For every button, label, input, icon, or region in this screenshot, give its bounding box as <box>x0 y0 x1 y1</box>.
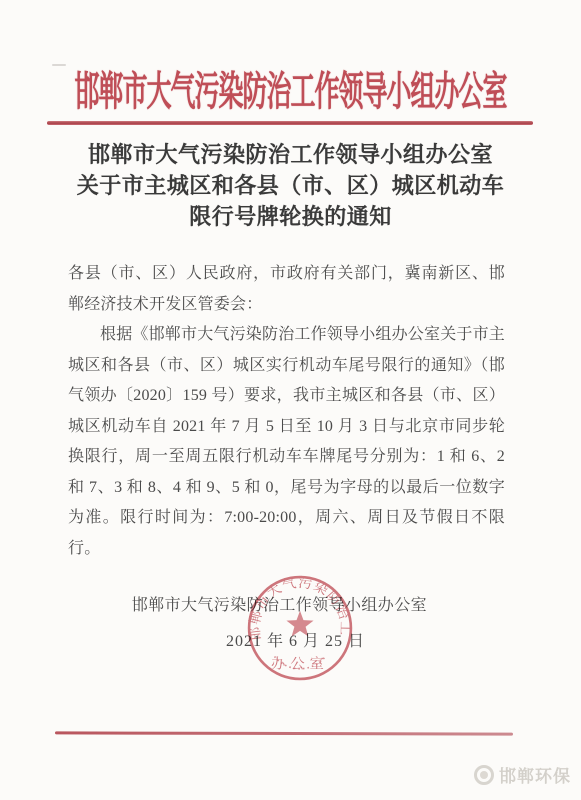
document-title-line2: 关于市主城区和各县（市、区）城区机动车 <box>40 170 541 201</box>
letterhead: 邯郸市大气污染防治工作领导小组办公室 <box>0 60 581 118</box>
seal-center-label: 办公室 <box>271 656 329 673</box>
seal-star <box>286 611 313 637</box>
document-body: 各县（市、区）人民政府，市政府有关部门，冀南新区、邯郸经济技术开发区管委会： 根… <box>68 259 505 564</box>
salutation-paragraph: 各县（市、区）人民政府，市政府有关部门，冀南新区、邯郸经济技术开发区管委会： <box>68 259 505 320</box>
watermark-text: 邯郸环保 <box>499 762 571 787</box>
document-title-line1: 邯郸市大气污染防治工作领导小组办公室 <box>40 139 541 170</box>
watermark-logo-icon <box>474 765 494 785</box>
main-paragraph: 根据《邯郸市大气污染防治工作领导小组办公室关于市主城区和各县（市、区）城区实行机… <box>68 320 505 564</box>
document-title-line3: 限行号牌轮换的通知 <box>40 201 541 232</box>
watermark: 邯郸环保 <box>474 762 571 787</box>
letterhead-org-name: 邯郸市大气污染防治工作领导小组办公室 <box>74 60 506 118</box>
letterhead-divider-line <box>47 121 533 125</box>
scanned-document-page: 邯郸市大气污染防治工作领导小组办公室 邯郸市大气污染防治工作领导小组办公室 关于… <box>0 0 581 800</box>
footer-divider-line <box>55 731 513 735</box>
document-title: 邯郸市大气污染防治工作领导小组办公室 关于市主城区和各县（市、区）城区机动车 限… <box>40 139 541 232</box>
official-seal: 邯郸市大气污染防治工作领导小组 办公室 <box>244 572 356 684</box>
